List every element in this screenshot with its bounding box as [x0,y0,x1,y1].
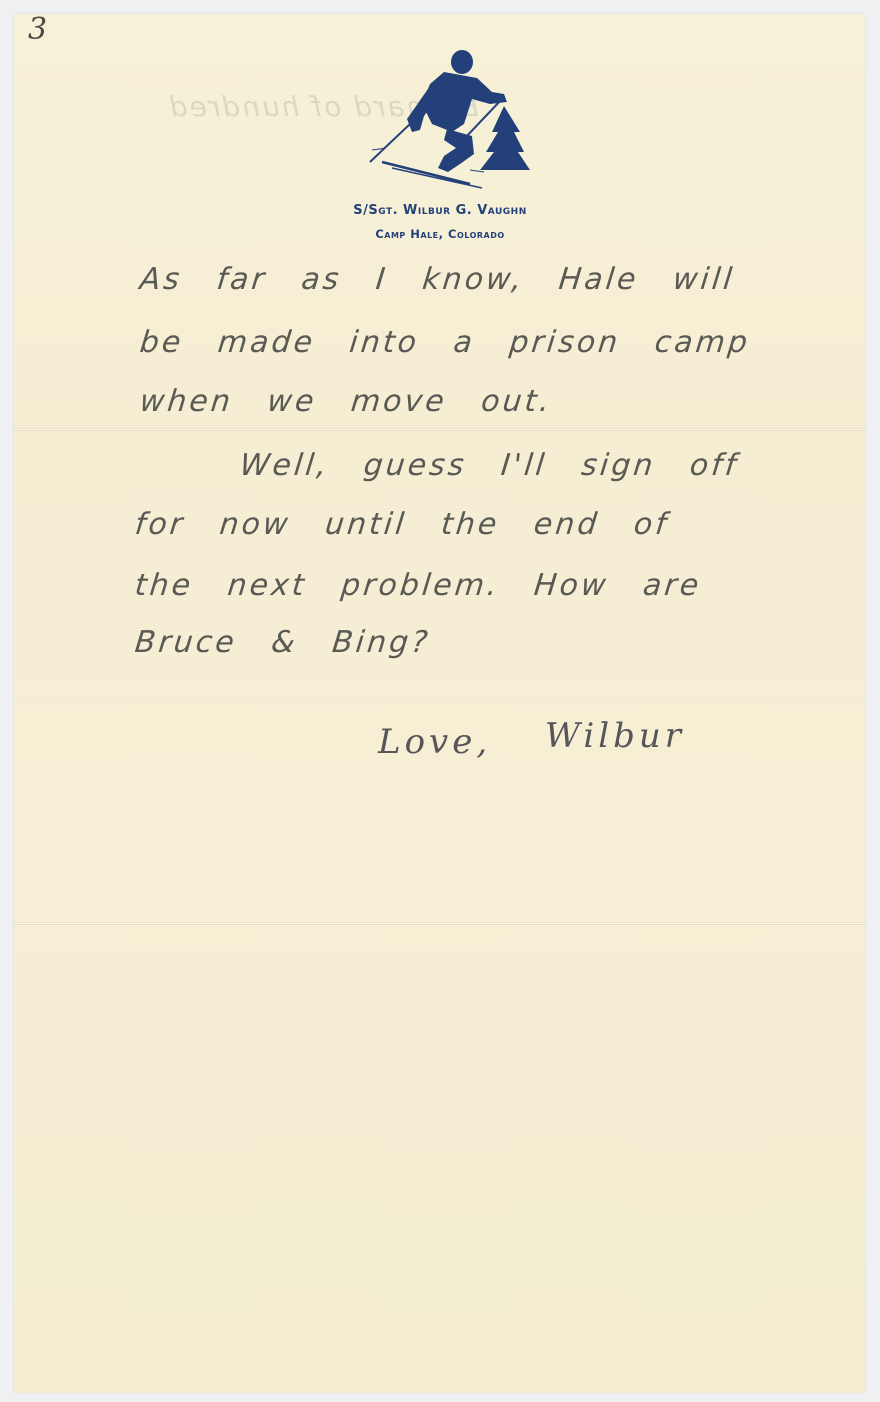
letter-line: Well, guess I'll sign off [238,448,740,483]
fold-line [14,428,865,431]
letter-sheet [14,14,865,1393]
letter-line: when we move out. [138,384,554,419]
fold-line [14,922,865,925]
letterhead-name: S/Sgt. Wilbur G. Vaughn [0,203,880,218]
letter-line: the next problem. How are [133,568,703,603]
letter-line: Bruce & Bing? [133,625,432,660]
page-number: 3 [28,12,47,47]
letter-closing: Love, [378,722,491,762]
letterhead-location: Camp Hale, Colorado [0,227,880,241]
crease-line [14,702,865,704]
signature: Wilbur [545,716,685,756]
skier-logo-icon [352,44,542,189]
letter-line: be made into a prison camp [138,325,752,360]
letter-line: for now until the end of [133,507,671,542]
letter-line: As far as I know, Hale will [138,262,736,297]
